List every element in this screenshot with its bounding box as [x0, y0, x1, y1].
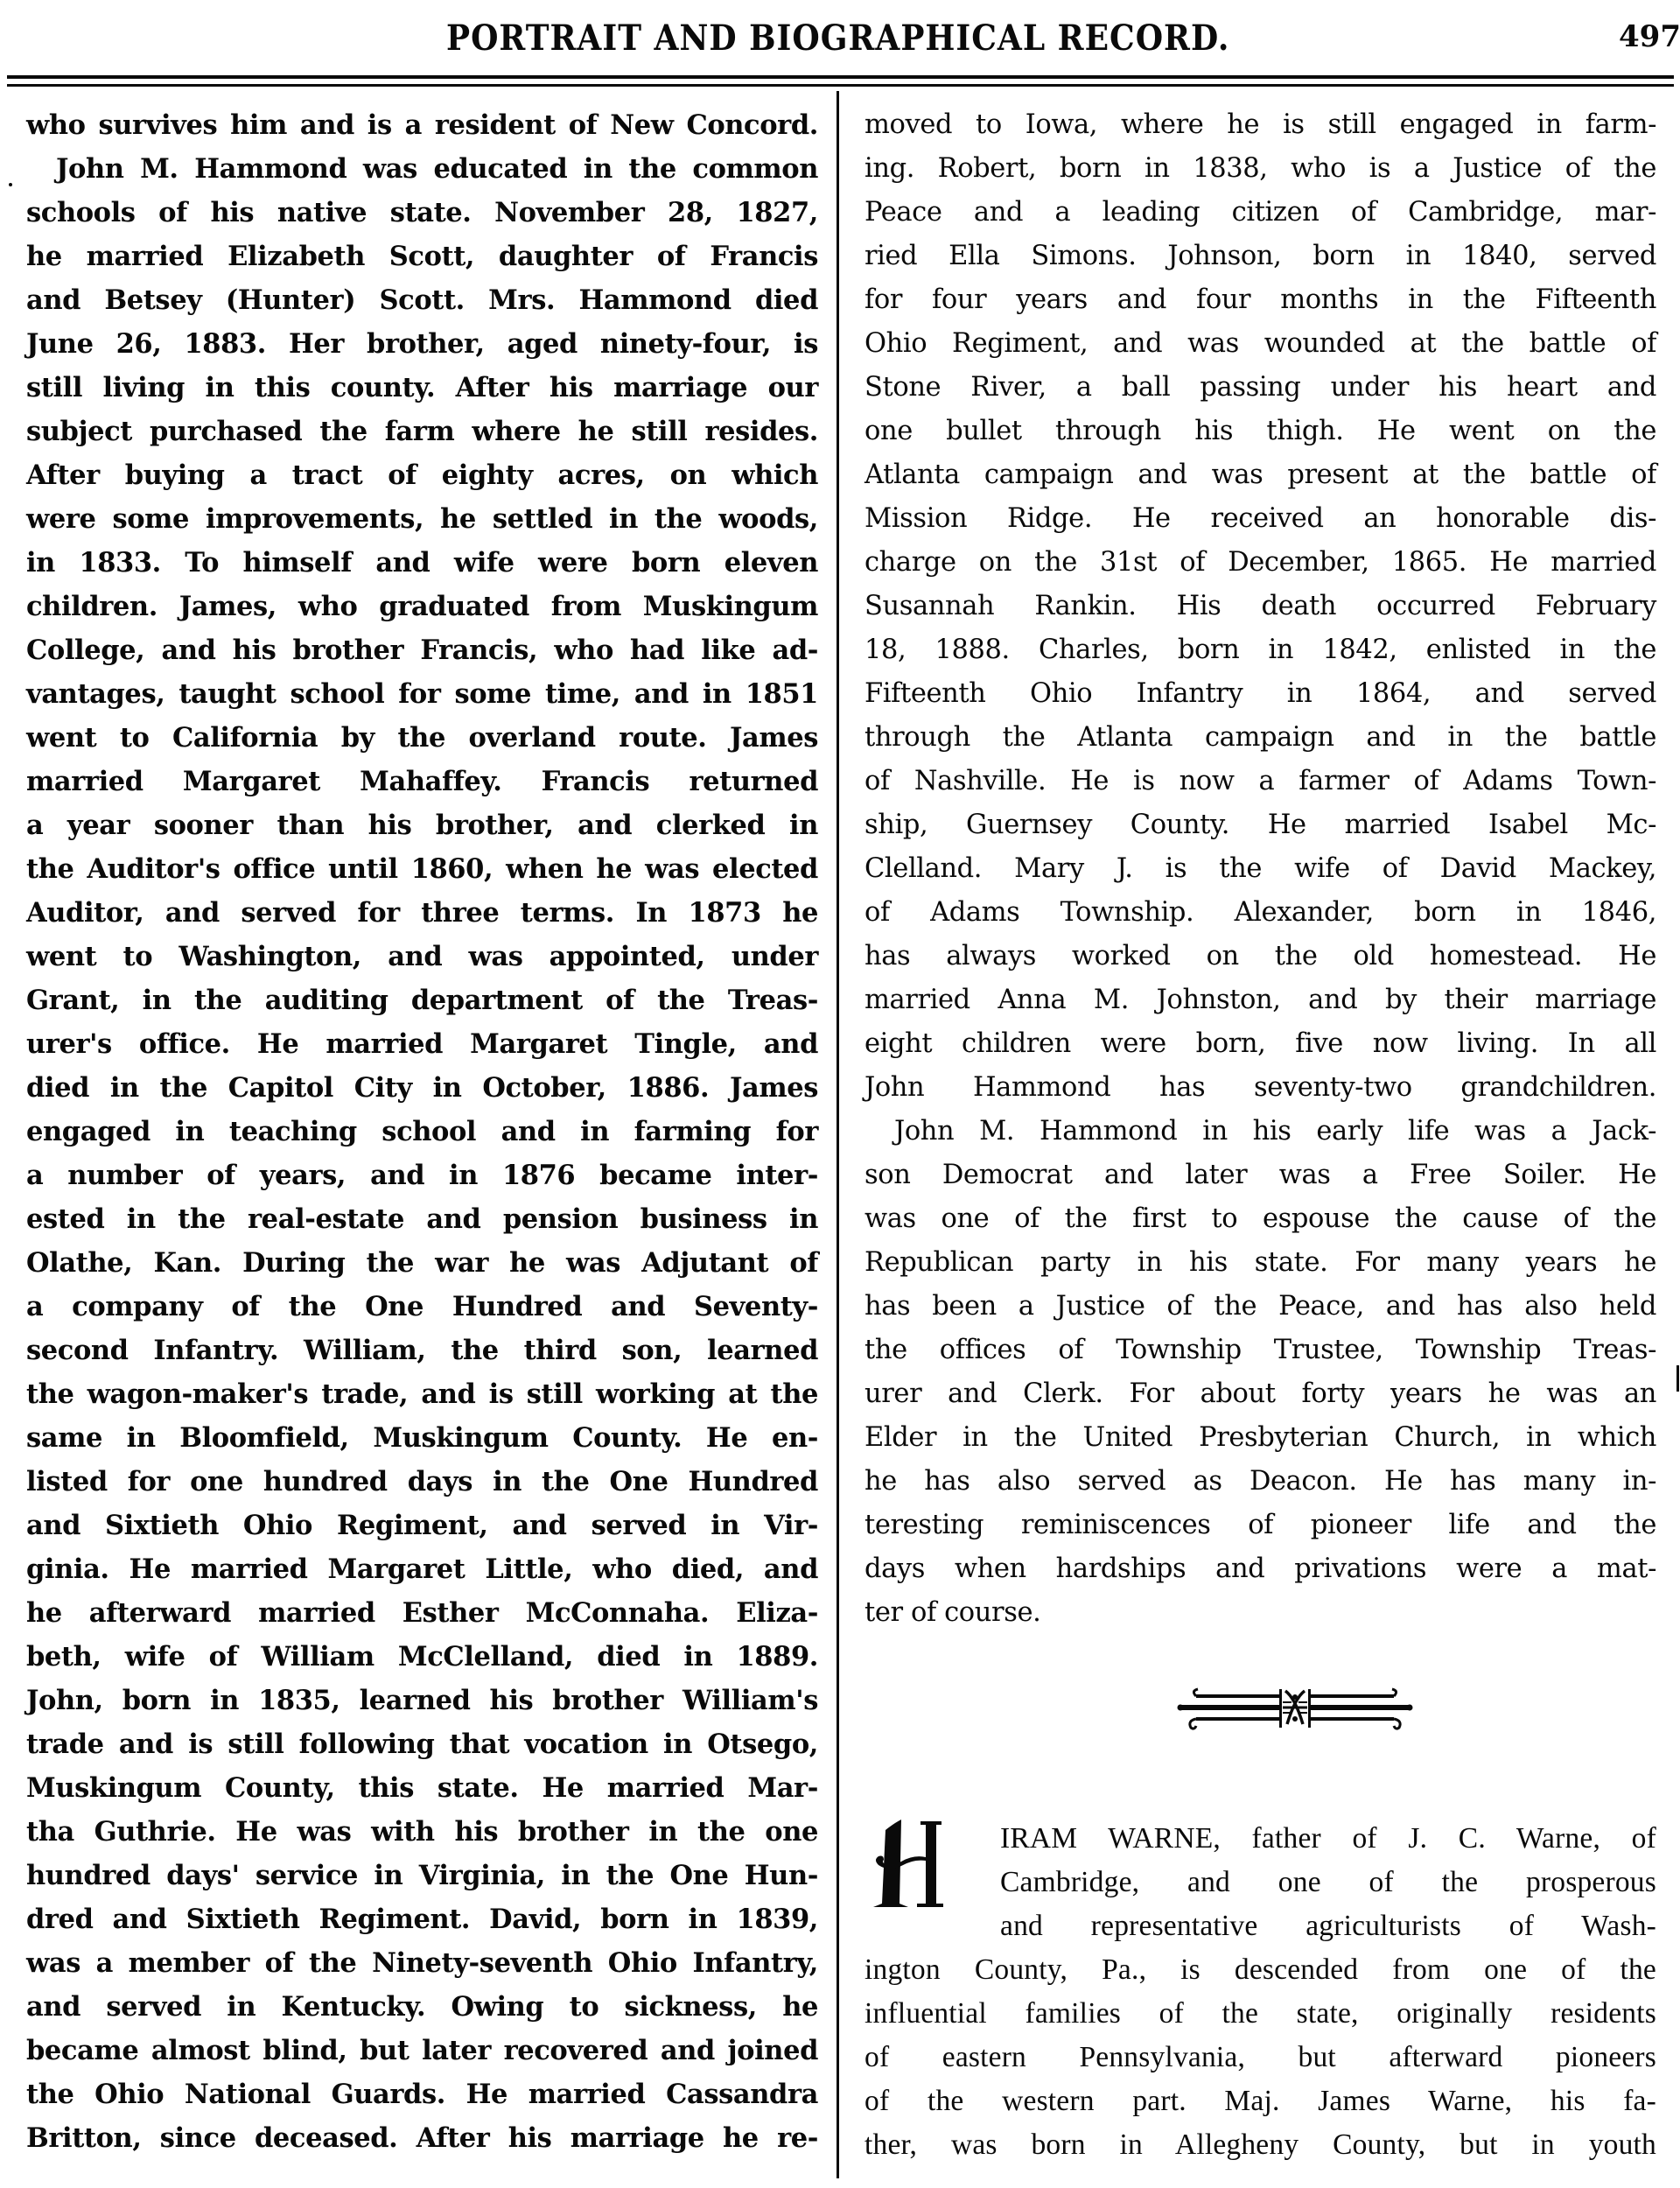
text-line: urer and Clerk. For about forty years he…: [864, 1372, 1656, 1416]
text-line: ginia. He married Margaret Little, who d…: [26, 1547, 818, 1591]
text-line: eight children were born, five now livin…: [864, 1022, 1656, 1066]
text-line: the Ohio National Guards. He married Cas…: [26, 2072, 818, 2116]
text-line: of Adams Township. Alexander, born in 18…: [864, 891, 1656, 935]
text-line: listed for one hundred days in the One H…: [26, 1460, 818, 1504]
text-line: were some improvements, he settled in th…: [26, 497, 818, 541]
text-line: teresting reminiscences of pioneer life …: [864, 1504, 1656, 1547]
text-line: and representative agriculturists of Was…: [864, 1904, 1656, 1948]
text-line: ington County, Pa., is descended from on…: [864, 1948, 1656, 1992]
text-line: John M. Hammond was educated in the comm…: [26, 147, 818, 191]
text-line: of eastern Pennsylvania, but afterward p…: [864, 2036, 1656, 2079]
text-line: he afterward married Esther McConnaha. E…: [26, 1591, 818, 1635]
text-line: Susannah Rankin. His death occurred Febr…: [864, 585, 1656, 628]
text-line: trade and is still following that vocati…: [26, 1722, 818, 1766]
text-line: a number of years, and in 1876 became in…: [26, 1154, 818, 1197]
text-line: engaged in teaching school and in farmin…: [26, 1110, 818, 1154]
text-line: hundred days' service in Virginia, in th…: [26, 1854, 818, 1897]
text-line: Peace and a leading citizen of Cambridge…: [864, 191, 1656, 235]
text-line: for four years and four months in the Fi…: [864, 278, 1656, 322]
text-line: and served in Kentucky. Owing to sicknes…: [26, 1985, 818, 2029]
text-line: Grant, in the auditing department of the…: [26, 978, 818, 1022]
text-line: Cambridge, and one of the prosperous: [864, 1861, 1656, 1904]
right-column: moved to Iowa, where he is still engaged…: [864, 103, 1656, 1635]
text-line: College, and his brother Francis, who ha…: [26, 628, 818, 672]
text-line: subject purchased the farm where he stil…: [26, 410, 818, 453]
text-line: Muskingum County, this state. He married…: [26, 1766, 818, 1810]
text-line: urer's office. He married Margaret Tingl…: [26, 1022, 818, 1066]
text-line: the Auditor's office until 1860, when he…: [26, 847, 818, 891]
text-line: Atlanta campaign and was present at the …: [864, 453, 1656, 497]
text-line: Fifteenth Ohio Infantry in 1864, and ser…: [864, 672, 1656, 716]
text-line: Stone River, a ball passing under his he…: [864, 366, 1656, 410]
section-divider-ornament-icon: [1177, 1679, 1413, 1740]
text-line: the offices of Township Trustee, Townshi…: [864, 1329, 1656, 1372]
text-line: Olathe, Kan. During the war he was Adjut…: [26, 1241, 818, 1285]
text-line: through the Atlanta campaign and in the …: [864, 716, 1656, 760]
text-line: he has also served as Deacon. He has man…: [864, 1460, 1656, 1504]
text-line: IRAM WARNE, father of J. C. Warne, of: [864, 1817, 1656, 1861]
text-line: Republican party in his state. For many …: [864, 1241, 1656, 1285]
text-line: and Betsey (Hunter) Scott. Mrs. Hammond …: [26, 278, 818, 322]
text-line: Clelland. Mary J. is the wife of David M…: [864, 847, 1656, 891]
text-line: a company of the One Hundred and Seventy…: [26, 1285, 818, 1329]
text-line: was a member of the Ninety-seventh Ohio …: [26, 1941, 818, 1985]
text-line: ther, was born in Allegheny County, but …: [864, 2123, 1656, 2167]
text-line: days when hardships and privations were …: [864, 1547, 1656, 1591]
text-line: Ohio Regiment, and was wounded at the ba…: [864, 322, 1656, 366]
text-line: Elder in the United Presbyterian Church,…: [864, 1416, 1656, 1460]
text-line: schools of his native state. November 28…: [26, 191, 818, 235]
text-line: second Infantry. William, the third son,…: [26, 1329, 818, 1372]
text-line: ested in the real-estate and pension bus…: [26, 1197, 818, 1241]
biography-entry-hiram-warne: IRAM WARNE, father of J. C. Warne, of Ca…: [864, 1805, 1656, 2167]
page-header: PORTRAIT AND BIOGRAPHICAL RECORD. 497: [0, 0, 1680, 88]
text-line: still living in this county. After his m…: [26, 366, 818, 410]
text-line: beth, wife of William McClelland, died i…: [26, 1635, 818, 1679]
text-line: ried Ella Simons. Johnson, born in 1840,…: [864, 235, 1656, 278]
text-line: married Anna M. Johnston, and by their m…: [864, 978, 1656, 1022]
column-divider: [836, 91, 839, 2178]
text-line: has been a Justice of the Peace, and has…: [864, 1285, 1656, 1329]
print-speck: [9, 183, 12, 186]
text-line: of the western part. Maj. James Warne, h…: [864, 2079, 1656, 2123]
text-line: was one of the first to espouse the caus…: [864, 1197, 1656, 1241]
text-line: went to Washington, and was appointed, u…: [26, 935, 818, 978]
text-line: Auditor, and served for three terms. In …: [26, 891, 818, 935]
text-line: After buying a tract of eighty acres, on…: [26, 453, 818, 497]
text-line: ter of course.: [864, 1591, 1656, 1635]
text-line: one bullet through his thigh. He went on…: [864, 410, 1656, 453]
text-line: has always worked on the old homestead. …: [864, 935, 1656, 978]
text-line: a year sooner than his brother, and cler…: [26, 803, 818, 847]
text-line: same in Bloomfield, Muskingum County. He…: [26, 1416, 818, 1460]
left-column: who survives him and is a resident of Ne…: [26, 103, 818, 2160]
text-line: became almost blind, but later recovered…: [26, 2029, 818, 2072]
text-line: children. James, who graduated from Musk…: [26, 585, 818, 628]
text-line: June 26, 1883. Her brother, aged ninety-…: [26, 322, 818, 366]
text-line: who survives him and is a resident of Ne…: [26, 103, 818, 147]
text-line: the wagon-maker's trade, and is still wo…: [26, 1372, 818, 1416]
text-line: John M. Hammond in his early life was a …: [864, 1110, 1656, 1154]
text-line: 18, 1888. Charles, born in 1842, enliste…: [864, 628, 1656, 672]
text-line: Mission Ridge. He received an honorable …: [864, 497, 1656, 541]
text-line: married Margaret Mahaffey. Francis retur…: [26, 760, 818, 803]
text-line: Britton, since deceased. After his marri…: [26, 2116, 818, 2160]
text-line: ing. Robert, born in 1838, who is a Just…: [864, 147, 1656, 191]
text-line: died in the Capitol City in October, 188…: [26, 1066, 818, 1110]
running-title: PORTRAIT AND BIOGRAPHICAL RECORD.: [446, 18, 1229, 59]
text-line: of Nashville. He is now a farmer of Adam…: [864, 760, 1656, 803]
text-line: went to California by the overland route…: [26, 716, 818, 760]
print-speck: [1676, 1365, 1679, 1392]
text-line: tha Guthrie. He was with his brother in …: [26, 1810, 818, 1854]
text-line: dred and Sixtieth Regiment. David, born …: [26, 1897, 818, 1941]
text-line: he married Elizabeth Scott, daughter of …: [26, 235, 818, 278]
text-line: and Sixtieth Ohio Regiment, and served i…: [26, 1504, 818, 1547]
text-line: charge on the 31st of December, 1865. He…: [864, 541, 1656, 585]
header-rule-bottom: [7, 84, 1674, 87]
text-line: vantages, taught school for some time, a…: [26, 672, 818, 716]
text-line: ship, Guernsey County. He married Isabel…: [864, 803, 1656, 847]
text-line: influential families of the state, origi…: [864, 1992, 1656, 2036]
text-line: moved to Iowa, where he is still engaged…: [864, 103, 1656, 147]
page-number: 497: [1619, 19, 1680, 54]
drop-cap-h-icon: [870, 1816, 957, 1912]
text-line: son Democrat and later was a Free Soiler…: [864, 1154, 1656, 1197]
text-line: John, born in 1835, learned his brother …: [26, 1679, 818, 1722]
text-line: in 1833. To himself and wife were born e…: [26, 541, 818, 585]
header-rule-top: [7, 75, 1674, 79]
text-line: John Hammond has seventy-two grandchildr…: [864, 1066, 1656, 1110]
